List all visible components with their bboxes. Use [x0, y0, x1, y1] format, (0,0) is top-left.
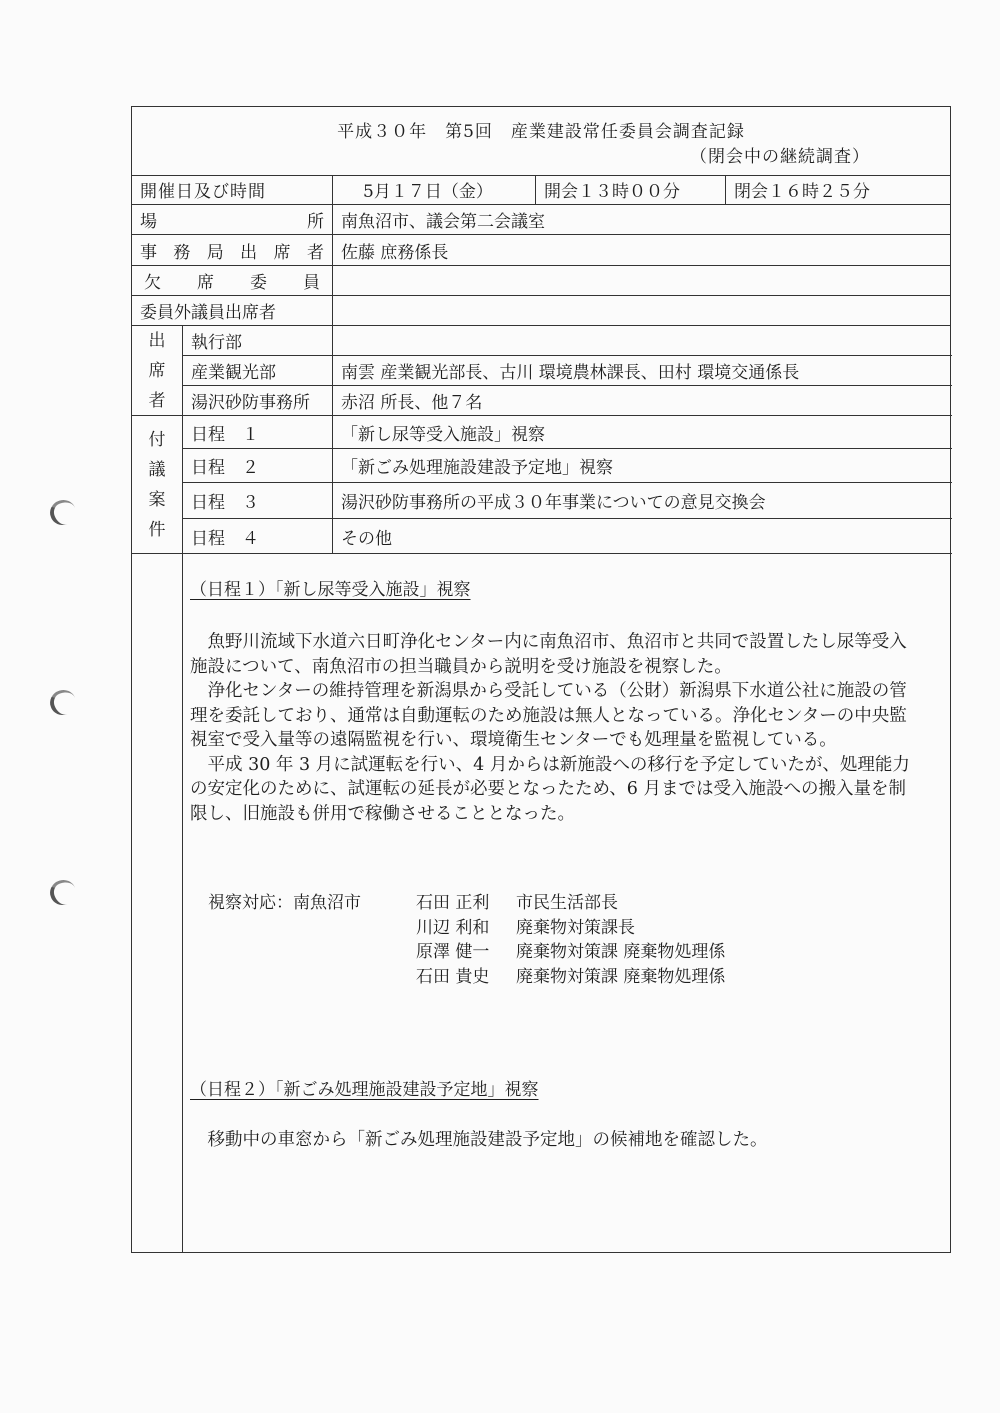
visitor-list: 石田 正利市民生活部長 川辺 利和廃棄物対策課長 原澤 健一廃棄物対策課 廃棄物… — [416, 891, 725, 989]
label-non-member: 委員外議員出席者 — [140, 296, 330, 325]
value-absent — [332, 266, 952, 295]
agenda-item: 日程 ４ — [182, 519, 332, 553]
attendee-names: 南雲 産業観光部長、古川 環境農林課長、田村 環境交通係長 — [332, 356, 952, 385]
paragraph: 移動中の車窓から「新ごみ処理施設建設予定地」の候補地を確認した。 — [190, 1128, 920, 1153]
attendee-names — [332, 326, 952, 355]
row-secretariat: 事 務 局 出 席 者 佐藤 庶務係長 — [132, 235, 950, 266]
row-non-member: 委員外議員出席者 — [132, 296, 950, 326]
title-block: 平成３０年 第5回 産業建設常任委員会調査記録 （閉会中の継続調査） — [132, 107, 950, 176]
value-non-member — [332, 296, 952, 325]
attendee-names: 赤沼 所長、他７名 — [332, 386, 952, 415]
row-absent: 欠 席 委 員 — [132, 266, 950, 296]
paragraph: 魚野川流域下水道六日町浄化センター内に南魚沼市、魚沼市と共同で設置したし尿等受入… — [190, 630, 920, 679]
body-margin-line — [182, 554, 183, 1252]
attendee-dept: 執行部 — [182, 326, 332, 355]
minutes-body: （日程１）「新し尿等受入施設」視察 魚野川流域下水道六日町浄化センター内に南魚沼… — [132, 554, 950, 1252]
paragraph: 平成 30 年 3 月に試運転を行い、4 月からは新施設への移行を予定していたが… — [190, 753, 920, 827]
agenda-row: 日程 ４ その他 — [182, 519, 952, 554]
agenda-desc: 湯沢砂防事務所の平成３０年事業についての意見交換会 — [332, 483, 952, 518]
visitor-row: 川辺 利和廃棄物対策課長 — [416, 916, 725, 941]
paragraph: 浄化センターの維持管理を新潟県から受託している（公財）新潟県下水道公社に施設の管… — [190, 679, 920, 753]
page-title: 平成３０年 第5回 産業建設常任委員会調査記録 — [132, 117, 950, 142]
agenda-row: 日程 ３ 湯沢砂防事務所の平成３０年事業についての意見交換会 — [182, 483, 952, 519]
record-sheet: 平成３０年 第5回 産業建設常任委員会調査記録 （閉会中の継続調査） 開催日及び… — [131, 106, 951, 1253]
section2-heading: （日程２）「新ごみ処理施設建設予定地」視察 — [190, 1078, 539, 1103]
page-subtitle: （閉会中の継続調査） — [690, 142, 870, 167]
value-place: 南魚沼市、議会第二会議室 — [332, 205, 952, 234]
attendee-row: 産業観光部 南雲 産業観光部長、古川 環境農林課長、田村 環境交通係長 — [182, 356, 952, 386]
attendee-row: 湯沢砂防事務所 赤沼 所長、他７名 — [182, 386, 952, 416]
value-secretariat: 佐藤 庶務係長 — [332, 235, 952, 265]
agenda-desc: 「新ごみ処理施設建設予定地」視察 — [332, 449, 952, 482]
agenda-side-label: 付 議 案 件 — [132, 416, 182, 554]
section1-text: 魚野川流域下水道六日町浄化センター内に南魚沼市、魚沼市と共同で設置したし尿等受入… — [190, 630, 920, 826]
agenda-item: 日程 ３ — [182, 483, 332, 518]
binder-hole-mark — [47, 876, 80, 908]
agenda-row: 日程 ２ 「新ごみ処理施設建設予定地」視察 — [182, 449, 952, 483]
value-close-time: 閉会１６時２５分 — [725, 175, 952, 204]
visitor-row: 原澤 健一廃棄物対策課 廃棄物処理係 — [416, 940, 725, 965]
section2-text: 移動中の車窓から「新ごみ処理施設建設予定地」の候補地を確認した。 — [190, 1128, 920, 1153]
visitor-row: 石田 貴史廃棄物対策課 廃棄物処理係 — [416, 965, 725, 990]
agenda-desc: その他 — [332, 519, 952, 553]
visit-label: 視察対応：南魚沼市 — [208, 891, 361, 916]
label-absent: 欠 席 委 員 — [132, 266, 332, 295]
attendee-dept: 湯沢砂防事務所 — [182, 386, 332, 415]
value-date: 5月１７日（金） — [332, 175, 535, 204]
binder-hole-mark — [47, 496, 80, 528]
agenda-row: 日程 １ 「新し尿等受入施設」視察 — [182, 416, 952, 449]
label-date: 開催日及び時間 — [140, 175, 330, 204]
value-open-time: 開会１３時００分 — [535, 175, 725, 204]
agenda-item: 日程 ２ — [182, 449, 332, 482]
row-date: 開催日及び時間 5月１７日（金） 開会１３時００分 閉会１６時２５分 — [132, 175, 950, 205]
label-secretariat: 事 務 局 出 席 者 — [132, 235, 332, 265]
section1-heading: （日程１）「新し尿等受入施設」視察 — [190, 578, 471, 603]
attendees-side-label: 出 席 者 — [132, 326, 182, 416]
visitor-row: 石田 正利市民生活部長 — [416, 891, 725, 916]
attendee-row: 執行部 — [182, 326, 952, 356]
attendee-dept: 産業観光部 — [182, 356, 332, 385]
label-place: 場 所 — [132, 205, 332, 234]
row-place: 場 所 南魚沼市、議会第二会議室 — [132, 205, 950, 235]
agenda-item: 日程 １ — [182, 416, 332, 448]
binder-hole-mark — [47, 686, 80, 718]
agenda-desc: 「新し尿等受入施設」視察 — [332, 416, 952, 448]
